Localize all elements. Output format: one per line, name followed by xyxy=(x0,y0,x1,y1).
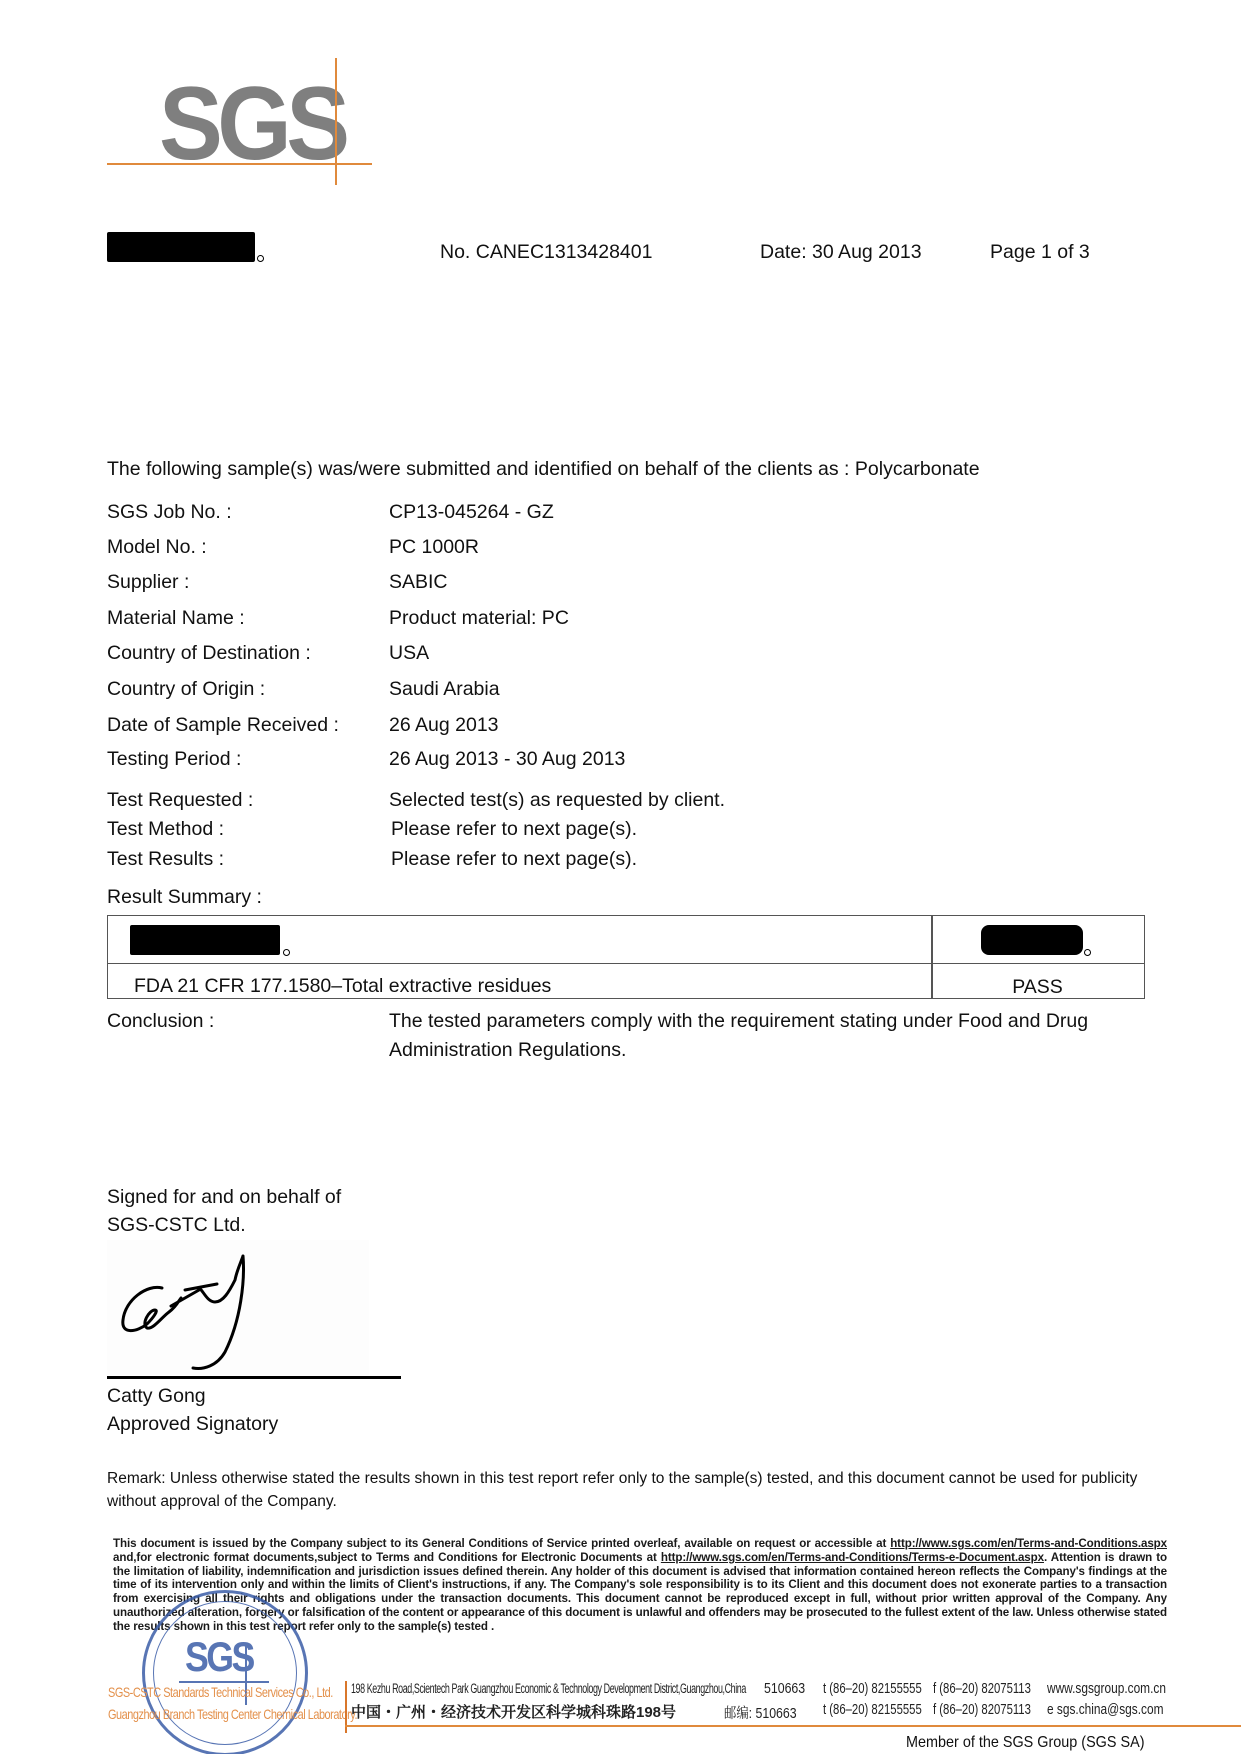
company-seal-stamp: SGS xyxy=(142,1590,308,1754)
table-header-row xyxy=(108,916,1144,964)
report-date: Date: 30 Aug 2013 xyxy=(760,243,922,263)
terms-link[interactable]: http://www.sgs.com/en/Terms-and-Conditio… xyxy=(890,1537,1167,1550)
report-title-redacted xyxy=(107,232,259,264)
field-value: PC 1000R xyxy=(389,538,479,558)
footer-fax: f (86–20) 82075113 xyxy=(933,1702,1031,1718)
field-value: CP13-045264 - GZ xyxy=(389,503,554,523)
signatory-title: Approved Signatory xyxy=(107,1415,278,1435)
footer-company-line-2: Guangzhou Branch Testing Center Chemical… xyxy=(108,1703,357,1725)
disclaimer-text: and,for electronic format documents,subj… xyxy=(113,1551,661,1564)
signature-line xyxy=(107,1376,401,1379)
footer-website[interactable]: www.sgsgroup.com.cn xyxy=(1047,1681,1166,1697)
field-label: Model No. : xyxy=(107,538,207,558)
result-summary-label: Result Summary : xyxy=(107,888,262,908)
field-label: Test Results : xyxy=(107,850,224,870)
disclaimer-text: This document is issued by the Company s… xyxy=(113,1537,890,1550)
field-value: Selected test(s) as requested by client. xyxy=(389,791,725,811)
signed-company: SGS-CSTC Ltd. xyxy=(107,1216,246,1236)
column-header-test-redacted xyxy=(130,925,280,955)
signatory-name: Catty Gong xyxy=(107,1387,206,1407)
field-value: Please refer to next page(s). xyxy=(391,850,637,870)
page-indicator: Page 1 of 3 xyxy=(990,243,1090,263)
footer-address-en: 198 Kezhu Road,Scientech Park Guangzhou … xyxy=(351,1681,746,1696)
footer-address-cn: 中国・广州・经济技术开发区科学城科珠路198号 xyxy=(351,1701,676,1722)
field-value: 26 Aug 2013 xyxy=(389,716,499,736)
e-document-terms-link[interactable]: http://www.sgs.com/en/Terms-and-Conditio… xyxy=(661,1551,1044,1564)
field-label: Date of Sample Received : xyxy=(107,716,339,736)
field-label: Country of Origin : xyxy=(107,680,265,700)
conclusion-line-2: Administration Regulations. xyxy=(389,1041,626,1061)
conclusion-label: Conclusion : xyxy=(107,1012,214,1032)
conclusion-line-1: The tested parameters comply with the re… xyxy=(389,1012,1088,1032)
field-label: Testing Period : xyxy=(107,750,241,770)
field-value: Product material: PC xyxy=(389,609,569,629)
intro-text: The following sample(s) was/were submitt… xyxy=(107,460,980,480)
field-value: USA xyxy=(389,644,429,664)
field-value: Saudi Arabia xyxy=(389,680,500,700)
footer-company-name: SGS-CSTC Standards Technical Services Co… xyxy=(108,1681,357,1725)
table-cell-test: FDA 21 CFR 177.1580–Total extractive res… xyxy=(134,975,551,998)
footer-fax: f (86–20) 82075113 xyxy=(933,1681,1031,1697)
signed-for-text: Signed for and on behalf of xyxy=(107,1188,341,1208)
footer-zip: 510663 xyxy=(764,1681,805,1697)
signature-image xyxy=(107,1240,369,1375)
footer-telephone: t (86–20) 82155555 xyxy=(823,1702,922,1718)
field-value: SABIC xyxy=(389,573,448,593)
remark-text: Remark: Unless otherwise stated the resu… xyxy=(107,1467,1147,1513)
footer-zip-cn: 邮编: 510663 xyxy=(724,1702,797,1723)
footer-company-line-1: SGS-CSTC Standards Technical Services Co… xyxy=(108,1681,357,1703)
sgs-logo-text: SGS xyxy=(159,72,345,176)
field-label: SGS Job No. : xyxy=(107,503,232,523)
field-label: Test Requested : xyxy=(107,791,253,811)
table-cell-result: PASS xyxy=(931,976,1144,999)
logo-vertical-rule xyxy=(335,58,337,185)
field-label: Supplier : xyxy=(107,573,189,593)
result-summary-table: FDA 21 CFR 177.1580–Total extractive res… xyxy=(107,915,1145,999)
field-value: Please refer to next page(s). xyxy=(391,820,637,840)
field-label: Country of Destination : xyxy=(107,644,311,664)
field-value: 26 Aug 2013 - 30 Aug 2013 xyxy=(389,750,625,770)
footer-telephone: t (86–20) 82155555 xyxy=(823,1681,922,1697)
sgs-logo: SGS xyxy=(107,58,372,186)
sgs-group-membership: Member of the SGS Group (SGS SA) xyxy=(906,1734,1144,1752)
report-number: No. CANEC1313428401 xyxy=(440,243,652,263)
column-header-conclusion-redacted xyxy=(981,925,1083,955)
footer-rule xyxy=(345,1725,1241,1727)
footer-email[interactable]: e sgs.china@sgs.com xyxy=(1047,1702,1163,1718)
field-label: Test Method : xyxy=(107,820,224,840)
stamp-sgs-logo: SGS xyxy=(185,1633,253,1681)
logo-horizontal-rule xyxy=(107,163,372,165)
field-label: Material Name : xyxy=(107,609,245,629)
